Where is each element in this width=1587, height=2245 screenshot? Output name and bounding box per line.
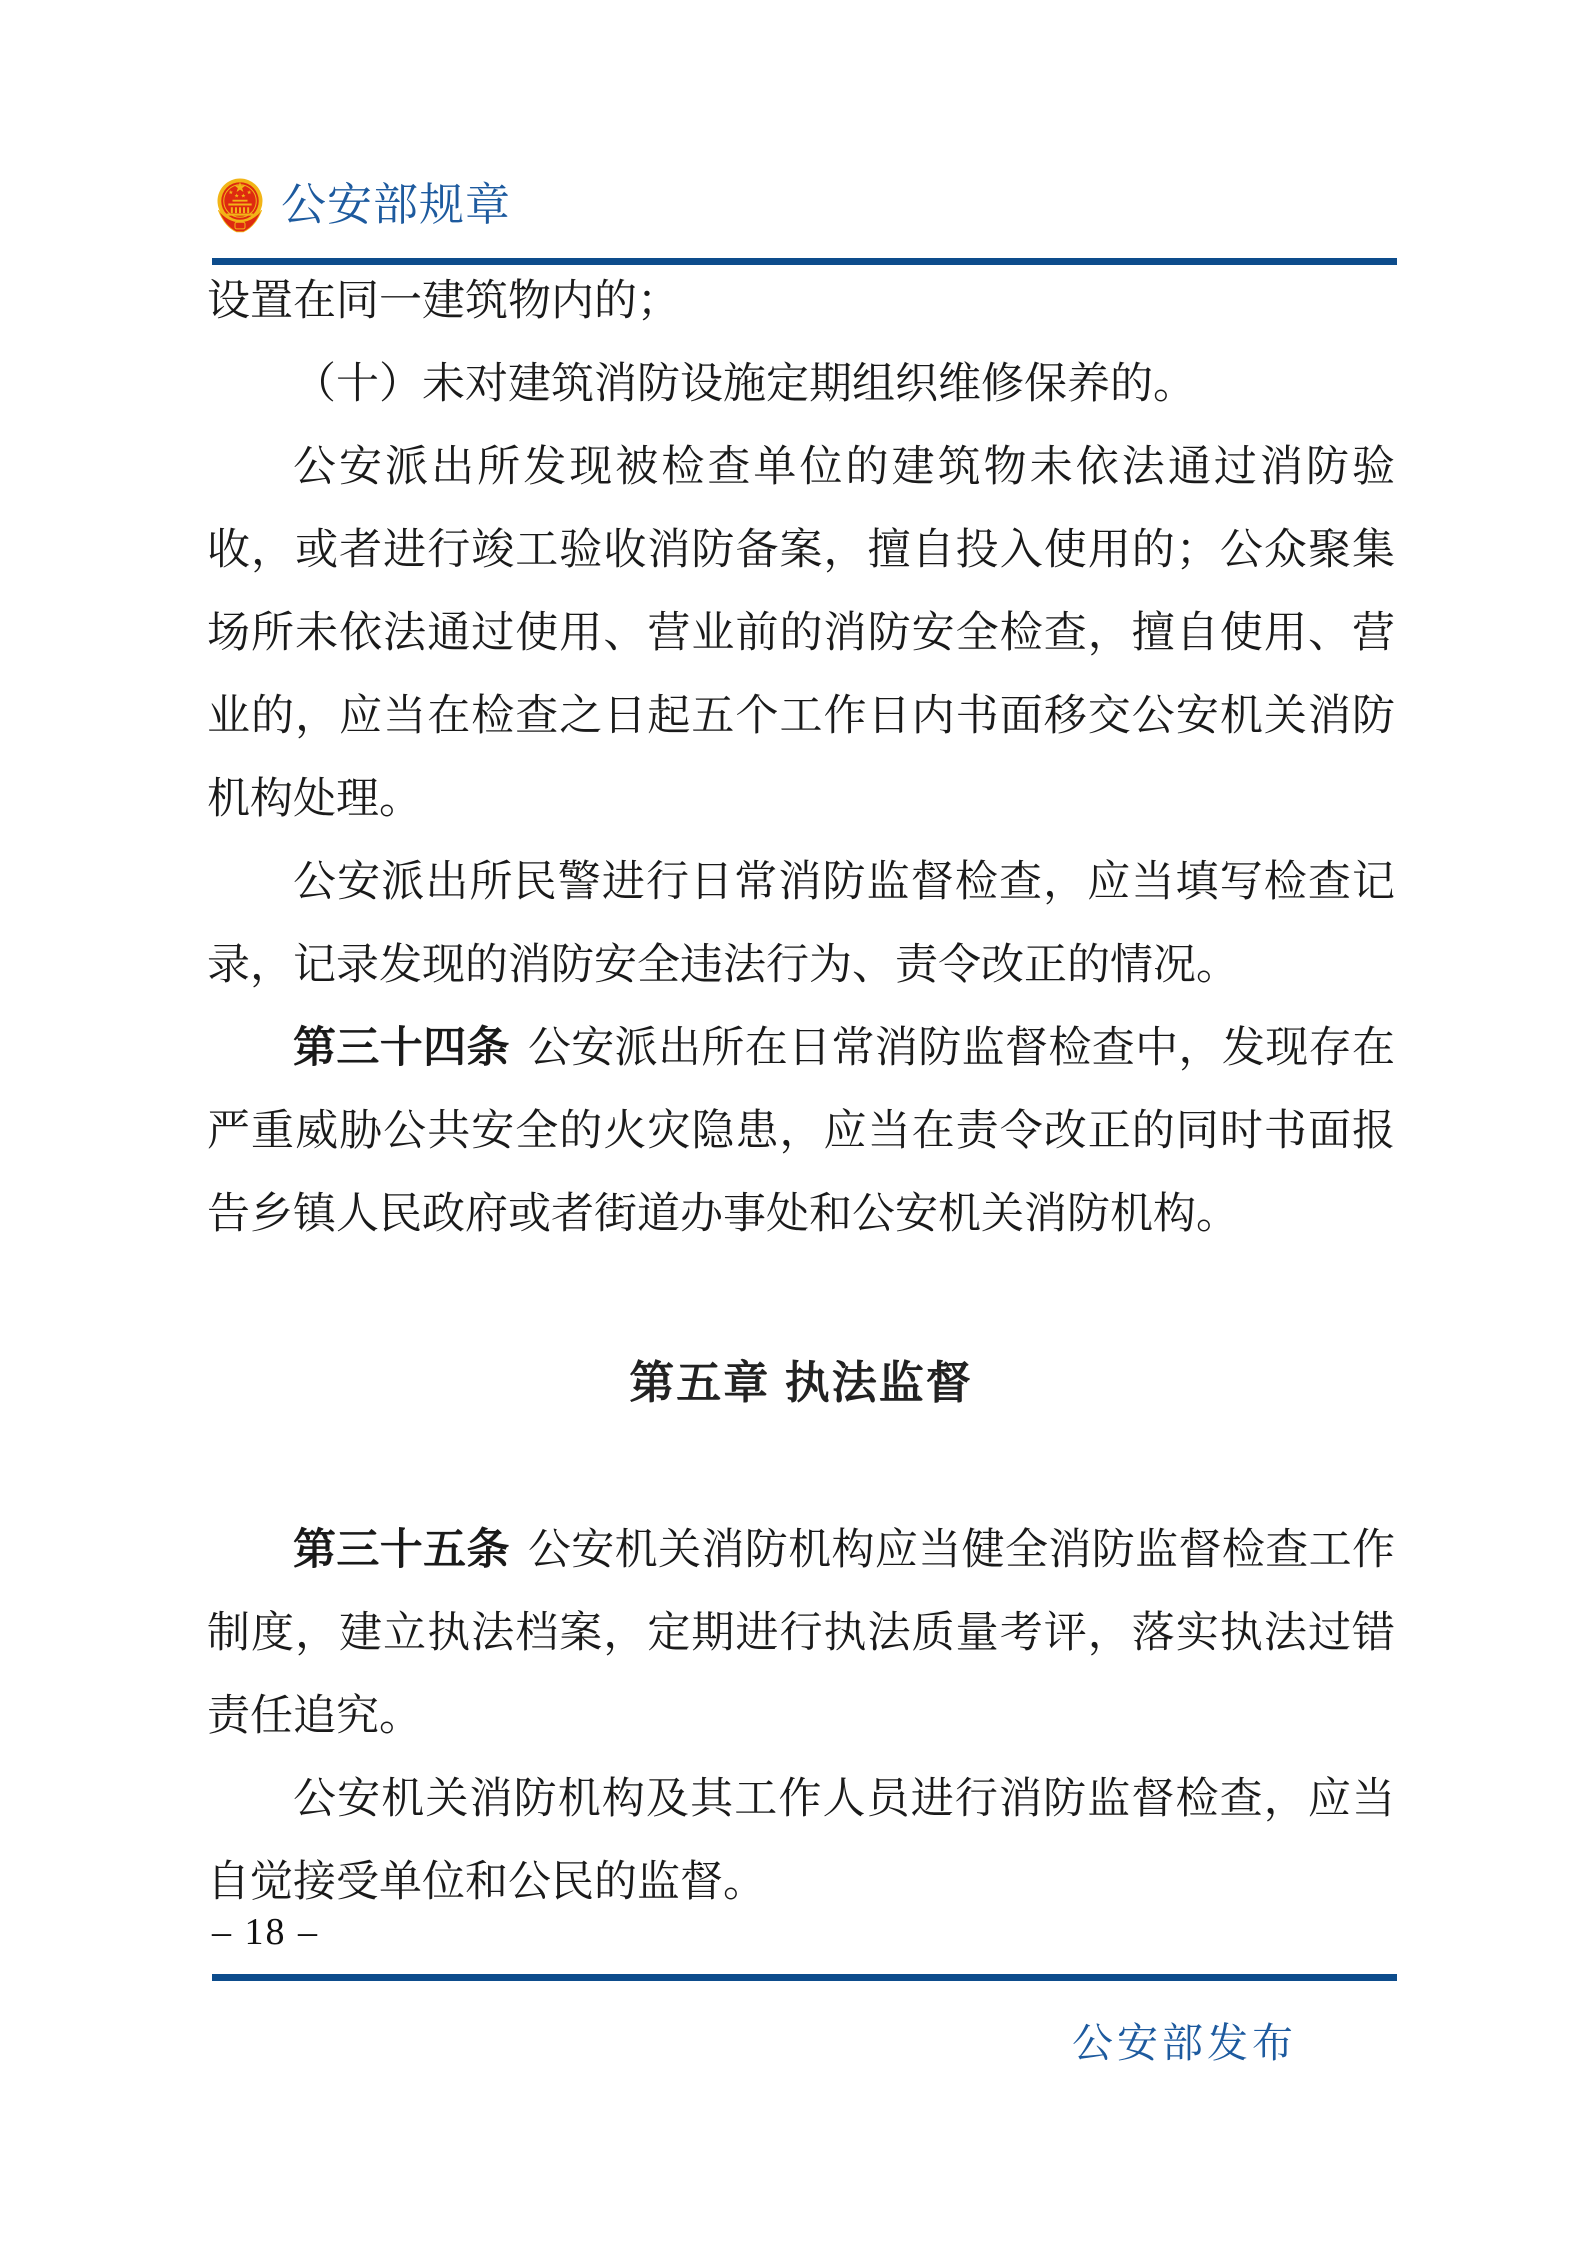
document-page: 公安部规章 设置在同一建筑物内的； （十）未对建筑消防设施定期组织维修保养的。 … [0,0,1587,2245]
footer-rule [212,1974,1397,1981]
paragraph-inspection-record: 公安派出所民警进行日常消防监督检查，应当填写检查记录，记录发现的消防安全违法行为… [207,841,1395,1007]
national-emblem-icon [215,175,265,237]
document-header: 公安部规章 [215,175,511,237]
chapter-5-heading: 第五章 执法监督 [207,1341,1395,1424]
document-body: 设置在同一建筑物内的； （十）未对建筑消防设施定期组织维修保养的。 公安派出所发… [207,260,1395,1924]
publisher-label: 公安部发布 [1072,2010,1297,2069]
paragraph-supervision: 公安机关消防机构及其工作人员进行消防监督检查，应当自觉接受单位和公民的监督。 [207,1758,1395,1924]
document-type-title: 公安部规章 [281,181,511,231]
article-34-number: 第三十四条 [293,1024,510,1072]
page-number: – 18 – [212,1910,319,1954]
paragraph-article-34: 第三十四条公安派出所在日常消防监督检查中，发现存在严重威胁公共安全的火灾隐患，应… [207,1007,1395,1256]
paragraph-item-ten: （十）未对建筑消防设施定期组织维修保养的。 [207,343,1395,426]
paragraph-article-35: 第三十五条公安机关消防机构应当健全消防监督检查工作制度，建立执法档案，定期进行执… [207,1509,1395,1758]
paragraph-continuation: 设置在同一建筑物内的； [207,260,1395,343]
paragraph-handover: 公安派出所发现被检查单位的建筑物未依法通过消防验收，或者进行竣工验收消防备案，擅… [207,426,1395,841]
article-35-number: 第三十五条 [293,1526,510,1574]
